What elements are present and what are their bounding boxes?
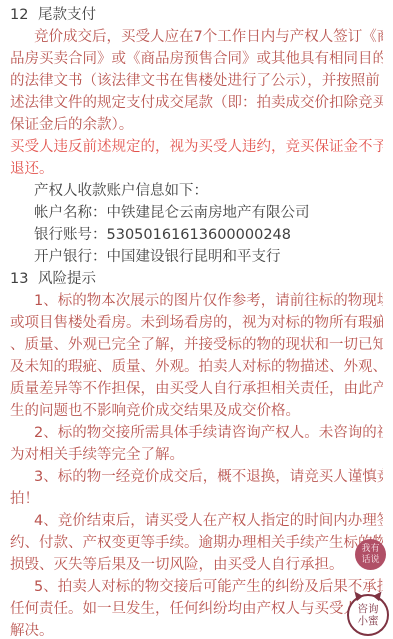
paragraph-line: 损毁、灭失等后果及一切风险，由买受人自行承担。 xyxy=(10,554,383,576)
paragraph-line: 买受人违反前述规定的，视为买受人违约，竞买保证金不予 xyxy=(10,136,383,158)
paragraph-line: 退还。 xyxy=(10,158,383,180)
consult-button-label-line2: 小蜜 xyxy=(358,615,379,627)
paragraph-line: 及未知的瑕疵、质量、外观。拍卖人对标的物描述、外观、 xyxy=(10,356,383,378)
section-heading: 13风险提示 xyxy=(10,268,383,290)
paragraph-line: 质量差异等不作担保，由买受人自行承担相关责任，由此产 xyxy=(10,378,383,400)
paragraph-line: 品房买卖合同》或《商品房预售合同》或其他具有相同目的 xyxy=(10,48,383,70)
paragraph-line: 5、拍卖人对标的物交接后可能产生的纠纷及后果不承担 xyxy=(10,576,383,598)
paragraph-line: 或项目售楼处看房。未到场看房的，视为对标的物所有瑕疵 xyxy=(10,312,383,334)
feedback-button[interactable]: 我有 话说 xyxy=(355,539,386,570)
paragraph-line: 拍！ xyxy=(10,488,383,510)
paragraph-line: 3、标的物一经竞价成交后，概不退换，请竞买人谨慎竞 xyxy=(10,466,383,488)
section-number: 12 xyxy=(10,4,38,26)
paragraph-line: 开户银行：中国建设银行昆明和平支行 xyxy=(10,246,383,268)
paragraph-line: 保证金后的余款）。 xyxy=(10,114,383,136)
document-body: 12尾款支付竞价成交后，买受人应在7个工作日内与产权人签订《商品房买卖合同》或《… xyxy=(0,0,393,639)
consult-button-label-line1: 咨询 xyxy=(358,603,379,615)
paragraph-line: 银行账号：53050161613600000248 xyxy=(10,224,383,246)
paragraph-line: 的法律文书（该法律文书在售楼处进行了公示），并按照前 xyxy=(10,70,383,92)
paragraph-line: 竞价成交后，买受人应在7个工作日内与产权人签订《商 xyxy=(10,26,383,48)
paragraph-line: 述法律文件的规定支付成交尾款（即：拍卖成交价扣除竞买 xyxy=(10,92,383,114)
section-heading: 12尾款支付 xyxy=(10,4,383,26)
section-title: 尾款支付 xyxy=(38,7,96,23)
paragraph-line: 解决。 xyxy=(10,620,383,639)
paragraph-line: 为对相关手续等完全了解。 xyxy=(10,444,383,466)
consult-button[interactable]: 咨询 小蜜 xyxy=(347,594,389,636)
paragraph-line: 2、标的物交接所需具体手续请咨询产权人。未咨询的视 xyxy=(10,422,383,444)
section-number: 13 xyxy=(10,268,38,290)
section-title: 风险提示 xyxy=(38,271,96,287)
feedback-button-label-line2: 话说 xyxy=(361,555,379,566)
paragraph-line: 生的问题也不影响竞价成交结果及成交价格。 xyxy=(10,400,383,422)
paragraph-line: 任何责任。如一旦发生，任何纠纷均由产权人与买受人自行 xyxy=(10,598,383,620)
paragraph-line: 1、标的物本次展示的图片仅作参考，请前往标的物现场 xyxy=(10,290,383,312)
terms-page: { "colors": { "page_bg": "#ffffff", "red… xyxy=(0,0,393,639)
paragraph-line: 产权人收款账户信息如下： xyxy=(10,180,383,202)
paragraph-line: 约、付款、产权变更等手续。逾期办理相关手续产生标的物 xyxy=(10,532,383,554)
paragraph-line: 4、竞价结束后，请买受人在产权人指定的时间内办理签 xyxy=(10,510,383,532)
feedback-button-label-line1: 我有 xyxy=(361,544,379,555)
paragraph-line: 、质量、外观已完全了解，并接受标的物的现状和一切已知 xyxy=(10,334,383,356)
paragraph-line: 帐户名称：中铁建昆仑云南房地产有限公司 xyxy=(10,202,383,224)
